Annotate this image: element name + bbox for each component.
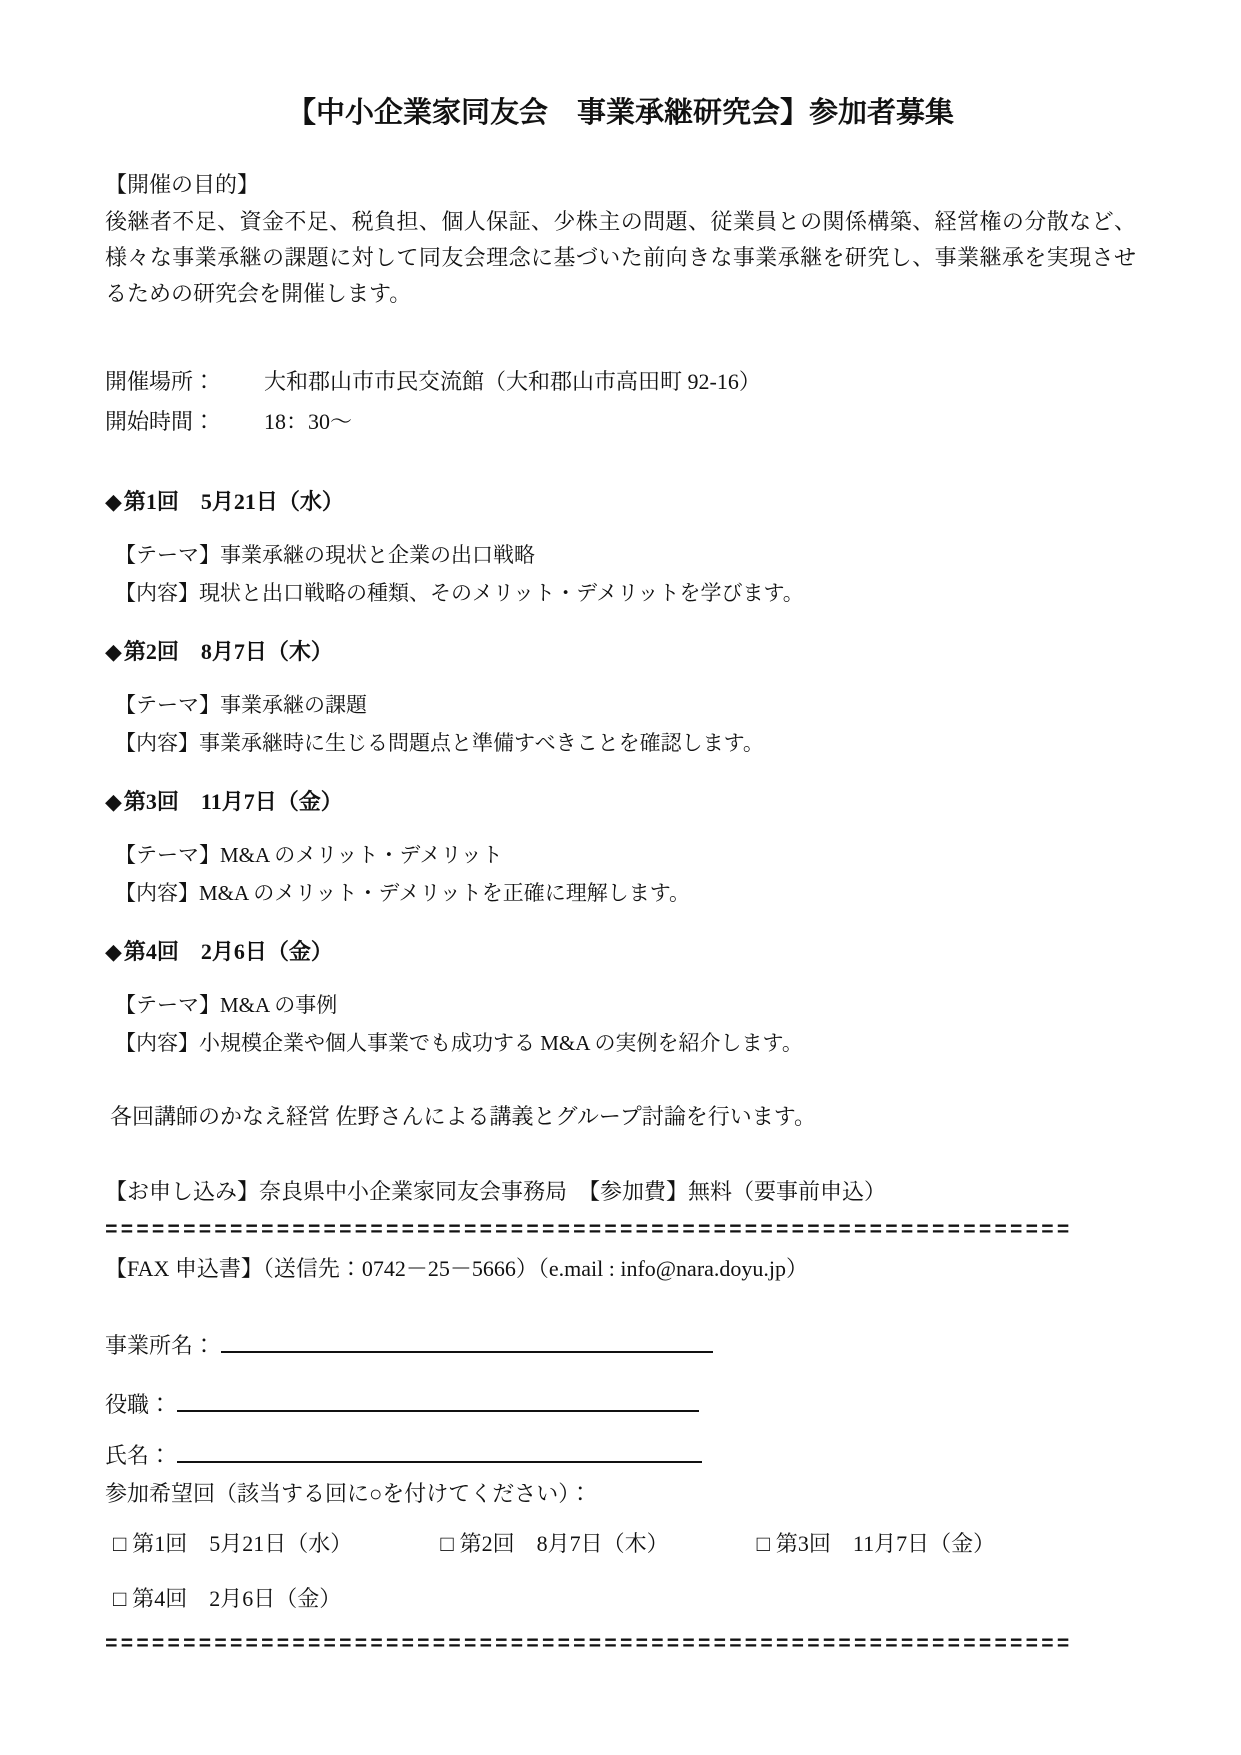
checkbox-row: □第1回 5月21日（水） □第2回 8月7日（木） □第3回 11月7日（金）: [105, 1529, 1136, 1559]
venue-place-value: 大和郡山市市民交流館（大和郡山市高田町 92-16）: [264, 369, 761, 394]
session-theme: 【テーマ】M&A のメリット・デメリット: [105, 840, 1136, 870]
lecturer-note: 各回講師のかなえ経営 佐野さんによる講義とグループ討論を行います。: [105, 1102, 1136, 1132]
checkbox-row: □第4回 2月6日（金）: [105, 1584, 1136, 1614]
company-name-write-line: [221, 1327, 713, 1353]
application-info: 【お申し込み】奈良県中小企業家同友会事務局 【参加費】無料（要事前申込）: [105, 1177, 1136, 1207]
checkbox-label: 第3回 11月7日（金）: [776, 1531, 995, 1556]
diamond-icon: ◆: [105, 789, 122, 814]
checkbox-icon: □: [757, 1531, 770, 1556]
checkbox-option-2: □第2回 8月7日（木）: [440, 1529, 668, 1559]
fax-form-heading: 【FAX 申込書】（送信先：0742－25－5666）（e.mail : inf…: [105, 1254, 1136, 1284]
job-title-field: 役職：: [105, 1386, 1136, 1420]
session-title: 第4回 2月6日（金）: [124, 939, 333, 964]
session-block-1: ◆第1回 5月21日（水） 【テーマ】事業承継の現状と企業の出口戦略 【内容】現…: [105, 487, 1136, 608]
session-content: 【内容】M&A のメリット・デメリットを正確に理解します。: [105, 878, 1136, 908]
session-heading: ◆第1回 5月21日（水）: [105, 487, 1136, 517]
choose-session-instruction: 参加希望回（該当する回に○を付けてください）：: [105, 1479, 1136, 1509]
purpose-heading: 【開催の目的】: [105, 168, 1136, 201]
checkbox-label: 第1回 5月21日（水）: [132, 1531, 352, 1556]
diamond-icon: ◆: [105, 939, 122, 964]
job-title-write-line: [177, 1386, 699, 1412]
session-title: 第3回 11月7日（金）: [124, 789, 343, 814]
session-heading: ◆第3回 11月7日（金）: [105, 787, 1136, 817]
session-theme: 【テーマ】事業承継の現状と企業の出口戦略: [105, 540, 1136, 570]
name-field: 氏名：: [105, 1437, 1136, 1471]
session-heading: ◆第4回 2月6日（金）: [105, 937, 1136, 967]
session-heading: ◆第2回 8月7日（木）: [105, 637, 1136, 667]
venue-time-value: 18：30～: [264, 409, 352, 434]
session-title: 第2回 8月7日（木）: [124, 639, 333, 664]
session-content: 【内容】現状と出口戦略の種類、そのメリット・デメリットを学びます。: [105, 578, 1136, 608]
company-name-label: 事業所名：: [105, 1333, 215, 1358]
checkbox-option-3: □第3回 11月7日（金）: [757, 1529, 995, 1559]
diamond-icon: ◆: [105, 489, 122, 514]
checkbox-icon: □: [440, 1531, 453, 1556]
checkbox-label: 第4回 2月6日（金）: [132, 1586, 341, 1611]
session-block-4: ◆第4回 2月6日（金） 【テーマ】M&A の事例 【内容】小規模企業や個人事業…: [105, 937, 1136, 1058]
divider-line: ========================================…: [105, 1633, 1136, 1659]
session-content: 【内容】小規模企業や個人事業でも成功する M&A の実例を紹介します。: [105, 1028, 1136, 1058]
session-content: 【内容】事業承継時に生じる問題点と準備すべきことを確認します。: [105, 728, 1136, 758]
checkbox-option-1: □第1回 5月21日（水）: [113, 1529, 352, 1559]
venue-time-line: 開始時間：18：30～: [105, 402, 1136, 442]
name-write-line: [177, 1437, 702, 1463]
session-block-2: ◆第2回 8月7日（木） 【テーマ】事業承継の課題 【内容】事業承継時に生じる問…: [105, 637, 1136, 758]
venue-place-line: 開催場所：大和郡山市市民交流館（大和郡山市高田町 92-16）: [105, 362, 1136, 402]
job-title-label: 役職：: [105, 1392, 171, 1417]
page-title: 【中小企業家同友会 事業承継研究会】参加者募集: [105, 92, 1136, 134]
checkbox-option-4: □第4回 2月6日（金）: [113, 1584, 341, 1614]
checkbox-label: 第2回 8月7日（木）: [460, 1531, 669, 1556]
name-label: 氏名：: [105, 1443, 171, 1468]
venue-place-label: 開催場所：: [105, 362, 264, 402]
purpose-paragraph-line: 様々な事業承継の課題に対して同友会理念に基づいた前向きな事業承継を研究し、事業継…: [105, 240, 1136, 276]
checkbox-icon: □: [113, 1531, 126, 1556]
company-name-field: 事業所名：: [105, 1327, 1136, 1361]
divider-line: ========================================…: [105, 1219, 1136, 1245]
diamond-icon: ◆: [105, 639, 122, 664]
purpose-paragraph-line: るための研究会を開催します。: [105, 276, 1136, 312]
purpose-paragraph: 後継者不足、資金不足、税負担、個人保証、少株主の問題、従業員との関係構築、経営権…: [105, 204, 1136, 312]
document-page: 【中小企業家同友会 事業承継研究会】参加者募集 【開催の目的】 後継者不足、資金…: [0, 0, 1241, 1755]
purpose-paragraph-line: 後継者不足、資金不足、税負担、個人保証、少株主の問題、従業員との関係構築、経営権…: [105, 204, 1136, 240]
session-theme: 【テーマ】M&A の事例: [105, 990, 1136, 1020]
session-theme: 【テーマ】事業承継の課題: [105, 690, 1136, 720]
venue-time-label: 開始時間：: [105, 402, 264, 442]
session-title: 第1回 5月21日（水）: [124, 489, 344, 514]
venue-block: 開催場所：大和郡山市市民交流館（大和郡山市高田町 92-16） 開始時間：18：…: [105, 362, 1136, 442]
session-block-3: ◆第3回 11月7日（金） 【テーマ】M&A のメリット・デメリット 【内容】M…: [105, 787, 1136, 908]
checkbox-icon: □: [113, 1586, 126, 1611]
